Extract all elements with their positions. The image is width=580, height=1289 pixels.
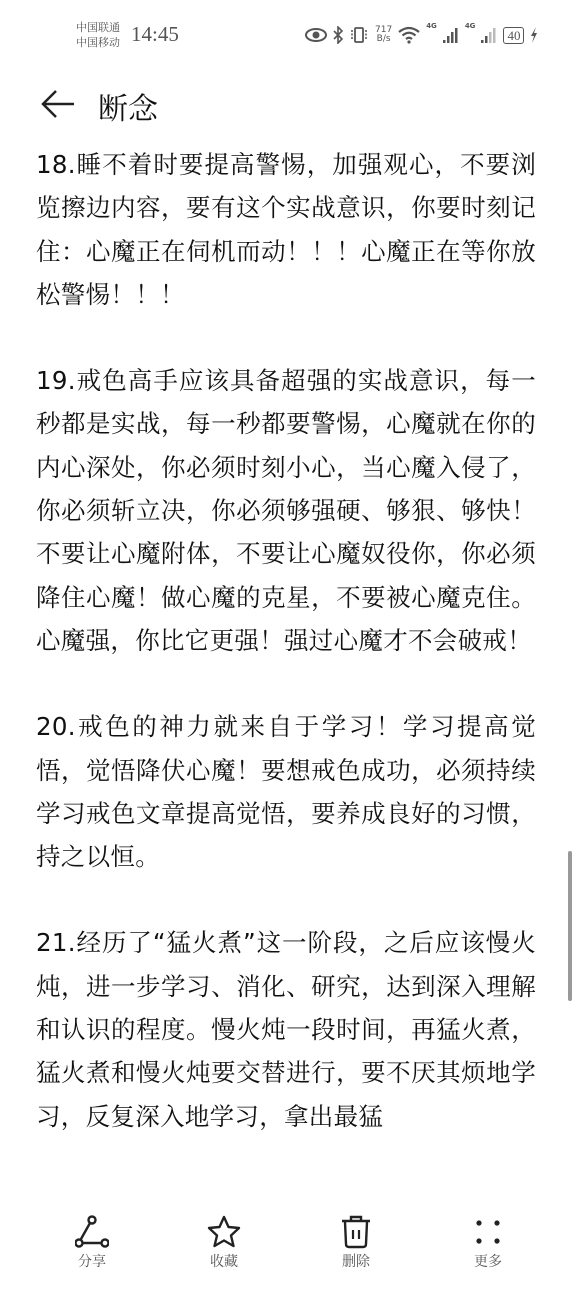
paragraph-19: 19.戒色高手应该具备超强的实战意识，每一秒都是实战，每一秒都要警惕，心魔就在你…: [36, 359, 536, 662]
share-icon: [75, 1215, 109, 1249]
paragraph-20: 20.戒色的神力就来自于学习！学习提高觉悟，觉悟降伏心魔！要想戒色成功，必须持续…: [36, 705, 536, 878]
carrier-info: 中国联通 中国移动: [76, 20, 120, 50]
clock: 14:45: [131, 22, 179, 47]
bottom-toolbar: 分享 收藏 删除 更多: [0, 1205, 580, 1289]
bluetooth-icon: [333, 26, 343, 44]
page-title: 断念: [98, 84, 158, 128]
more-button[interactable]: 更多: [448, 1215, 528, 1271]
status-bar: 中国联通 中国移动 14:45 717B/s 4G 4G 40: [0, 0, 580, 60]
paragraph-21: 21.经历了“猛火煮”这一阶段，之后应该慢火炖，进一步学习、消化、研究，达到深入…: [36, 921, 536, 1137]
star-icon: [207, 1215, 241, 1249]
scrollbar[interactable]: [568, 851, 572, 1001]
more-label: 更多: [448, 1251, 528, 1271]
carrier-2: 中国移动: [76, 35, 120, 50]
wifi-icon: [398, 26, 420, 44]
signal-icon-1: [443, 27, 459, 43]
status-icons: 717B/s 4G 4G 40: [305, 22, 538, 48]
vibrate-icon: [349, 26, 369, 44]
eye-icon: [305, 28, 327, 42]
note-content[interactable]: 18.睡不着时要提高警惕，加强观心，不要浏览擦边内容，要有这个实战意识，你要时刻…: [36, 143, 536, 1181]
delete-button[interactable]: 删除: [316, 1215, 396, 1271]
favorite-label: 收藏: [184, 1251, 264, 1271]
share-label: 分享: [52, 1251, 132, 1271]
favorite-button[interactable]: 收藏: [184, 1215, 264, 1271]
paragraph-18: 18.睡不着时要提高警惕，加强观心，不要浏览擦边内容，要有这个实战意识，你要时刻…: [36, 143, 536, 316]
network-type-1: 4G: [426, 22, 437, 30]
header: 断念: [0, 80, 580, 130]
share-button[interactable]: 分享: [52, 1215, 132, 1271]
delete-label: 删除: [316, 1251, 396, 1271]
arrow-left-icon[interactable]: [40, 88, 76, 120]
trash-icon: [339, 1215, 373, 1249]
battery-indicator: 40: [503, 27, 524, 44]
net-speed: 717B/s: [375, 26, 392, 44]
signal-icon-2: [481, 27, 497, 43]
charging-icon: [530, 27, 538, 43]
more-icon: [471, 1215, 505, 1249]
network-type-2: 4G: [465, 22, 476, 30]
carrier-1: 中国联通: [76, 20, 120, 35]
